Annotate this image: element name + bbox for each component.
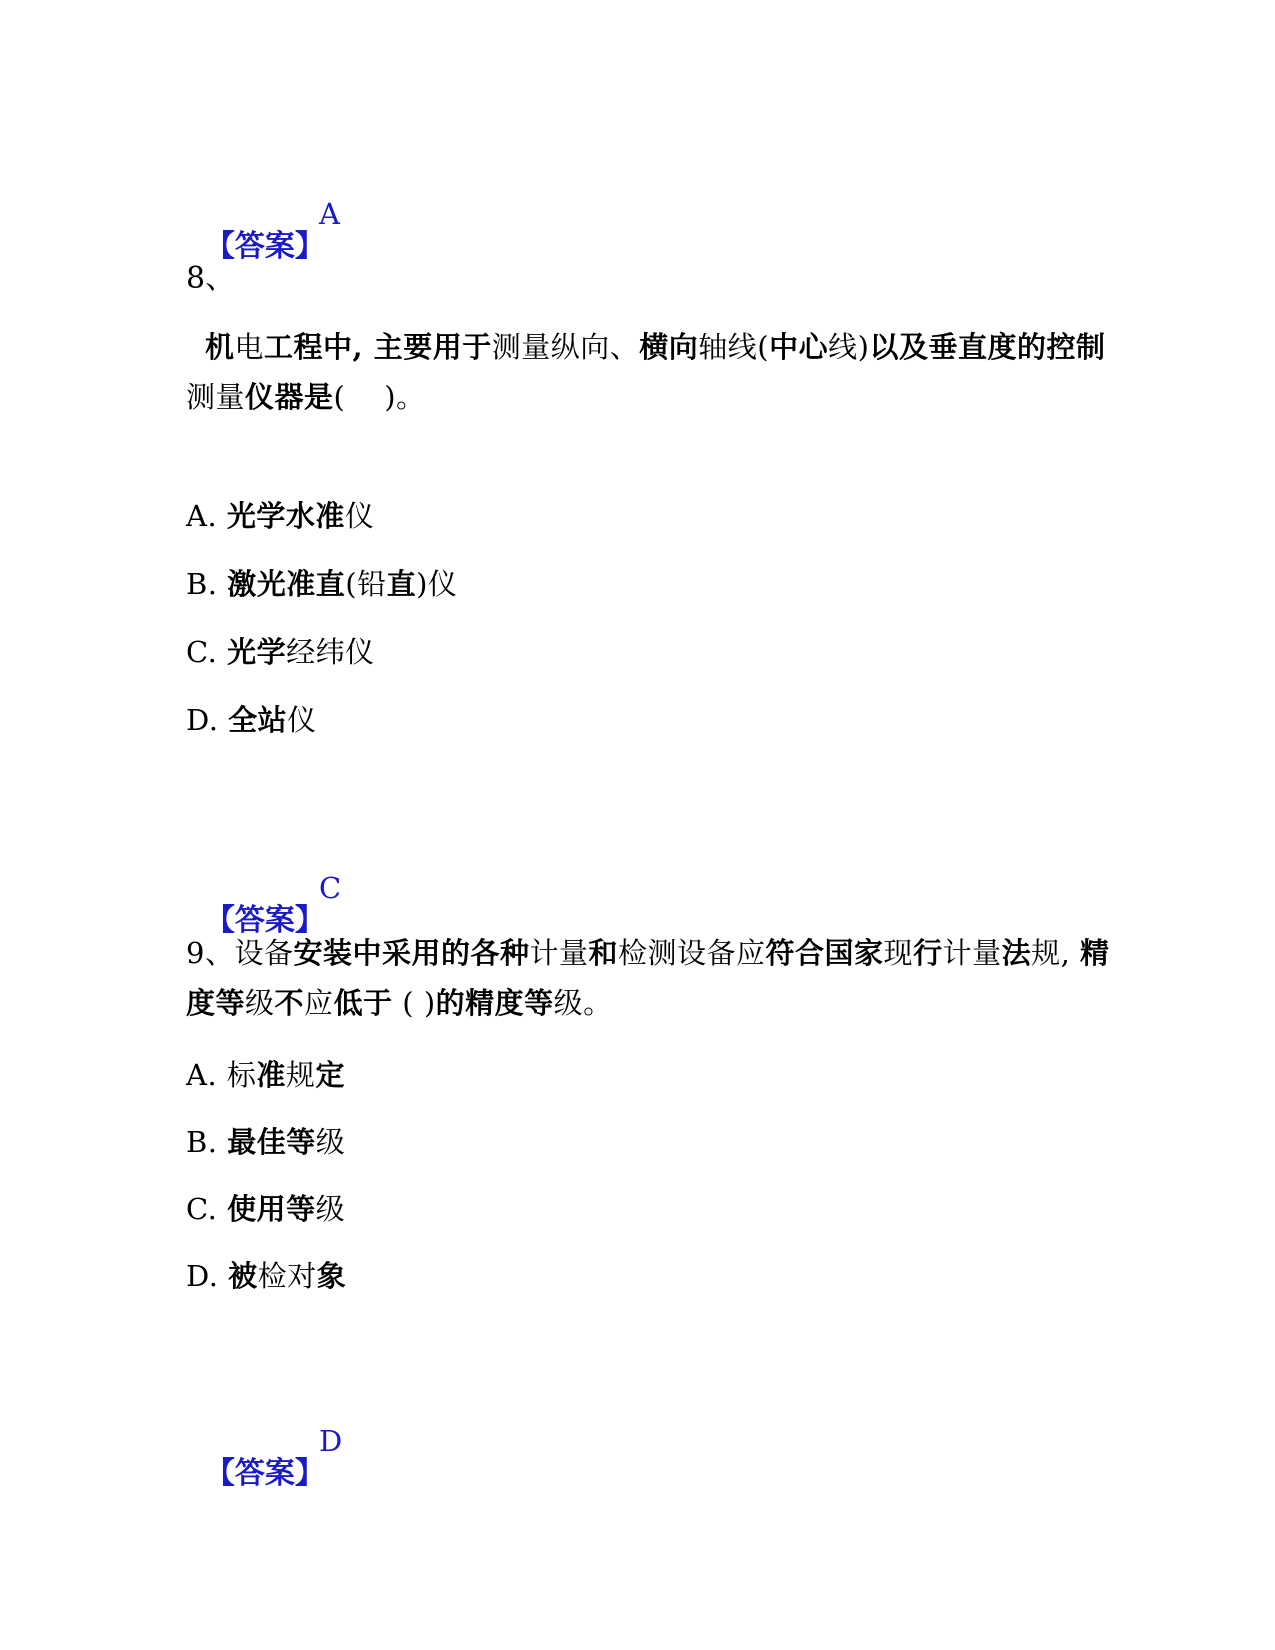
question-9-option-c: C. 使用等级 <box>186 1192 345 1226</box>
answer-row-q9: 【答案】 D <box>184 1423 325 1525</box>
question-8-option-d: D. 全站仪 <box>186 703 317 737</box>
question-8-option-b: B. 激光准直(铅直)仪 <box>186 567 457 601</box>
answer-label: 【答案】 <box>205 1456 325 1491</box>
answer-label: 【答案】 <box>205 229 325 264</box>
question-9-option-b: B. 最佳等级 <box>186 1125 345 1159</box>
question-9-body-line-2: 度等级不应低于 ( )的精度等级。 <box>186 986 613 1020</box>
answer-value: A <box>319 197 340 231</box>
question-8-number: 8、 <box>186 262 235 296</box>
answer-label: 【答案】 <box>205 903 325 938</box>
question-9-option-d: D. 被检对象 <box>186 1259 346 1293</box>
question-8-body-line-1: 机电工程中, 主要用于测量纵向、横向轴线(中心线)以及垂直度的控制 <box>186 330 1105 364</box>
question-8-option-a: A. 光学水准仪 <box>186 499 374 533</box>
answer-value: D <box>319 1424 342 1458</box>
answer-value: C <box>319 871 341 905</box>
question-8-option-c: C. 光学经纬仪 <box>186 635 375 669</box>
question-9-body-line-1: 9、设备安装中采用的各种计量和检测设备应符合国家现行计量法规, 精 <box>186 936 1110 970</box>
question-9-option-a: A. 标准规定 <box>186 1058 345 1092</box>
question-8-body-line-2: 测量仪器是( )。 <box>186 380 426 414</box>
